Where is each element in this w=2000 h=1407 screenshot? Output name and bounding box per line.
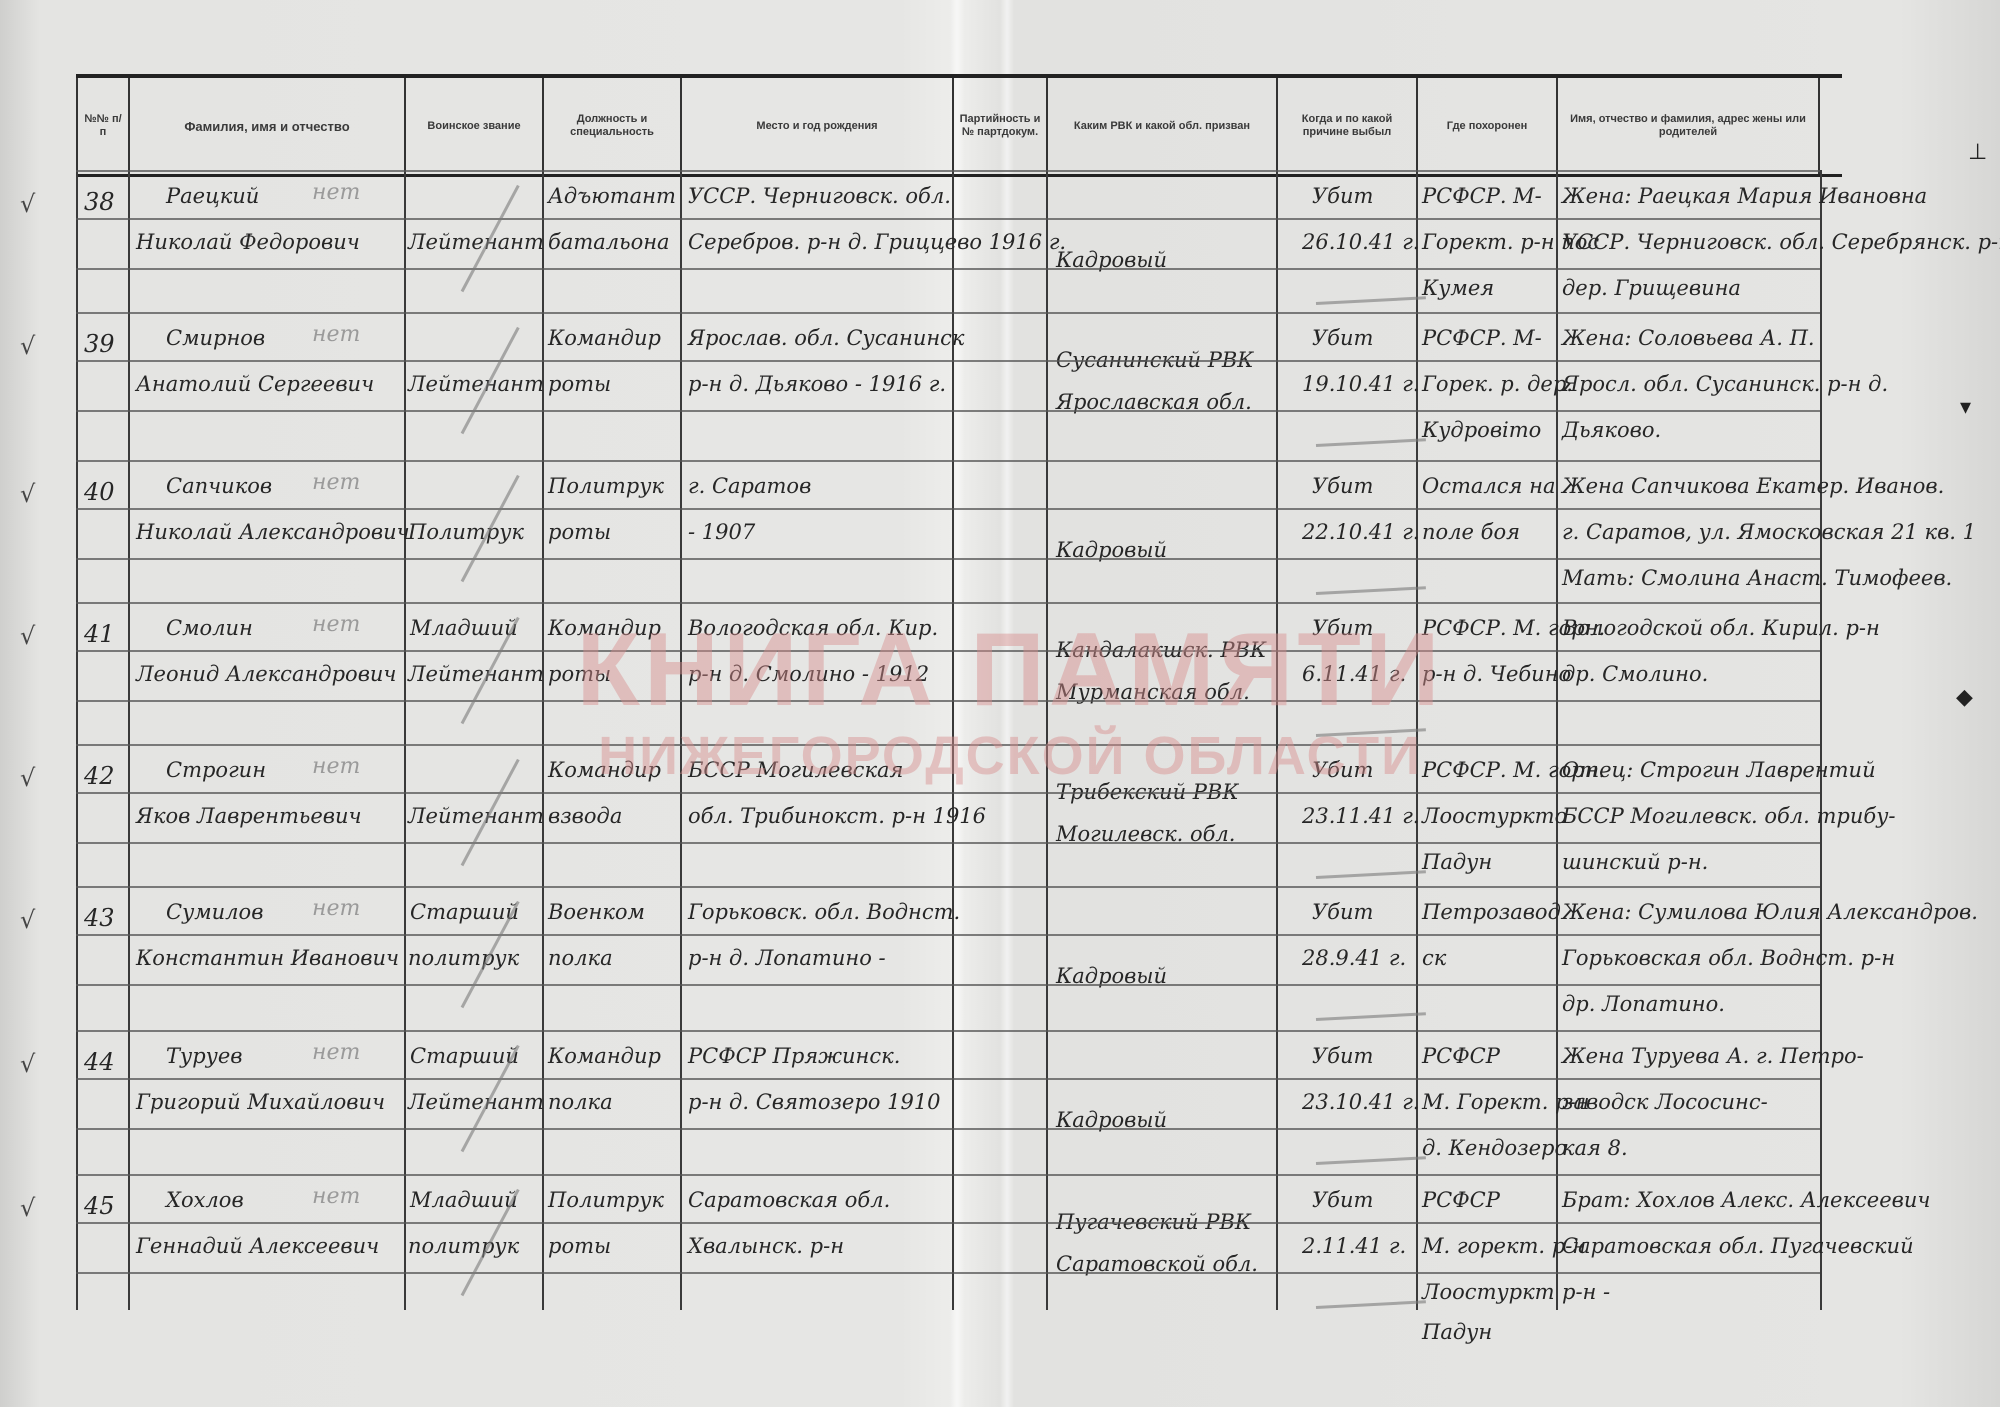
row-number: 42 <box>84 762 115 790</box>
birth-line1: УССР. Черниговск. обл. <box>688 184 951 208</box>
left-date: 23.11.41 г. <box>1302 804 1419 828</box>
position-line2: батальона <box>548 230 670 254</box>
birth-line1: РСФСР Пряжинск. <box>688 1044 900 1068</box>
relatives-line1: Вологодской обл. Кирил. р-н <box>1562 616 1880 640</box>
buried-line3: д. Кендозеро <box>1422 1136 1567 1160</box>
check-mark: √ <box>20 190 35 218</box>
ruled-line <box>76 1128 1820 1130</box>
buried-line3: Лоостуркт <box>1422 1280 1555 1304</box>
ruled-line <box>76 650 1820 652</box>
surname: Сумилов <box>166 900 263 924</box>
ruled-line <box>76 268 1820 270</box>
annotation-net: нет <box>312 180 360 205</box>
ruled-line <box>76 1222 1820 1224</box>
position-line2: роты <box>548 1234 611 1258</box>
buried-line2: ск <box>1422 946 1446 970</box>
relatives-line2: БССР Могилевск. обл. трибу- <box>1562 804 1896 828</box>
surname: Туруев <box>166 1044 242 1068</box>
annotation-net: нет <box>312 754 360 779</box>
position-line1: Командир <box>548 326 661 350</box>
left-date: 28.9.41 г. <box>1302 946 1406 970</box>
col-header-position: Должность и специальность <box>542 78 680 174</box>
relatives-line2: др. Смолино. <box>1562 662 1708 686</box>
ruled-line <box>76 460 1820 462</box>
birth-line1: г. Саратов <box>688 474 811 498</box>
buried-line2: поле боя <box>1422 520 1520 544</box>
annotation-net: нет <box>312 1040 360 1065</box>
annotation-net: нет <box>312 1184 360 1209</box>
birth-line2: р-н д. Смолино - 1912 <box>688 662 929 686</box>
left-date: 22.10.41 г. <box>1302 520 1419 544</box>
pencil-swoosh <box>1316 296 1426 305</box>
given-names: Яков Лаврентьевич <box>136 804 362 828</box>
ruled-line <box>76 984 1820 986</box>
relatives-line1: Брат: Хохлов Алекс. Алексеевич <box>1562 1188 1930 1212</box>
document-page: №№ п/п Фамилия, имя и отчество Воинское … <box>0 0 2000 1407</box>
pencil-swoosh <box>1316 1300 1426 1309</box>
ruled-line <box>76 508 1820 510</box>
birth-line1: Горьковск. обл. Воднст. <box>688 900 960 924</box>
ruled-line <box>76 602 1820 604</box>
relatives-line2: Яросл. обл. Сусанинск. р-н д. <box>1562 372 1888 396</box>
pencil-swoosh <box>1316 1156 1426 1165</box>
ruled-line <box>76 558 1820 560</box>
rank-line2: Лейтенант <box>408 662 544 686</box>
col-header-relatives: Имя, отчество и фамилия, адрес жены или … <box>1556 78 1820 174</box>
check-mark: √ <box>20 1050 35 1078</box>
paper-tear-mark: ▾ <box>1960 395 1971 420</box>
pencil-swoosh <box>1316 438 1426 447</box>
surname: Раецкий <box>166 184 259 208</box>
buried-line3: Кумея <box>1422 276 1494 300</box>
rank-line2: Лейтенант <box>408 804 544 828</box>
left-reason: Убит <box>1312 758 1373 782</box>
buried-line1: РСФСР. М- <box>1422 326 1542 350</box>
ruled-line <box>76 218 1820 220</box>
rank-line2: политрук <box>408 946 519 970</box>
relatives-line2: г. Саратов, ул. Ямосковская 21 кв. 1 <box>1562 520 1976 544</box>
left-date: 23.10.41 г. <box>1302 1090 1419 1114</box>
position-line1: Адъютант <box>548 184 676 208</box>
rank-line1: Младший <box>410 616 518 640</box>
ruled-line <box>76 792 1820 794</box>
table-row: √ 38 Раецкий нет Николай Федорович Лейте… <box>76 170 1842 312</box>
table-header: №№ п/п Фамилия, имя и отчество Воинское … <box>76 74 1842 177</box>
buried-line1: Петрозавод <box>1422 900 1561 924</box>
birth-line1: Ярослав. обл. Сусанинск <box>688 326 964 350</box>
birth-line2: р-н д. Лопатино - <box>688 946 886 970</box>
relatives-line1: Жена: Сумилова Юлия Александров. <box>1562 900 1978 924</box>
rank-line2: Лейтенант <box>408 1090 544 1114</box>
buried-line2: Горек. р. дер. <box>1422 372 1573 396</box>
left-reason: Убит <box>1312 616 1373 640</box>
ruled-line <box>76 842 1820 844</box>
check-mark: √ <box>20 1194 35 1222</box>
ruled-line <box>76 1272 1820 1274</box>
rank-line2: политрук <box>408 1234 519 1258</box>
left-reason: Убит <box>1312 1188 1373 1212</box>
birth-line2: р-н д. Дьяково - 1916 г. <box>688 372 946 396</box>
surname: Строгин <box>166 758 266 782</box>
birth-line2: - 1907 <box>688 520 755 544</box>
buried-line2: Лоостуркто <box>1422 804 1567 828</box>
buried-line3: Падун <box>1422 850 1492 874</box>
rank-line1: Старший <box>410 900 519 924</box>
relatives-line3: Дьяково. <box>1562 418 1661 442</box>
relatives-line1: Жена Сапчикова Екатер. Иванов. <box>1562 474 1944 498</box>
left-reason: Убит <box>1312 900 1373 924</box>
birth-line2: Хвалынск. р-н <box>688 1234 844 1258</box>
relatives-line3: дер. Грищевина <box>1562 276 1741 300</box>
buried-line3: Кудровіто <box>1422 418 1541 442</box>
check-mark: √ <box>20 622 35 650</box>
annotation-net: нет <box>312 612 360 637</box>
surname: Смолин <box>166 616 253 640</box>
col-header-party: Партийность и № партдокум. <box>952 78 1046 174</box>
left-date: 2.11.41 г. <box>1302 1234 1406 1258</box>
relatives-line3: др. Лопатино. <box>1562 992 1725 1016</box>
given-names: Анатолий Сергеевич <box>136 372 374 396</box>
annotation-net: нет <box>312 322 360 347</box>
check-mark: √ <box>20 480 35 508</box>
row-number: 43 <box>84 904 115 932</box>
surname: Хохлов <box>166 1188 244 1212</box>
position-line2: взвода <box>548 804 622 828</box>
birth-line1: Вологодская обл. Кир. <box>688 616 938 640</box>
rank-line2: Лейтенант <box>408 372 544 396</box>
relatives-line3: Мать: Смолина Анаст. Тимофеев. <box>1562 566 1952 590</box>
buried-line4: Падун <box>1422 1320 1492 1344</box>
pencil-swoosh <box>1316 870 1426 879</box>
given-names: Николай Александрович <box>136 520 410 544</box>
relatives-line1: Жена: Соловьева А. П. <box>1562 326 1815 350</box>
ruled-line <box>76 1078 1820 1080</box>
relatives-line2: УССР. Черниговск. обл. Серебрянск. р-н <box>1562 230 2000 254</box>
left-reason: Убит <box>1312 326 1373 350</box>
col-header-rvk: Каким РВК и какой обл. призван <box>1046 78 1276 174</box>
table-row: √ 43 Сумилов нет Константин Иванович Ста… <box>76 886 1842 1030</box>
row-number: 45 <box>84 1192 115 1220</box>
position-line2: полка <box>548 946 613 970</box>
row-number: 40 <box>84 478 115 506</box>
ruled-line <box>76 934 1820 936</box>
position-line1: Политрук <box>548 1188 664 1212</box>
col-header-rank: Воинское звание <box>404 78 542 174</box>
position-line1: Командир <box>548 1044 661 1068</box>
paper-tear-mark: ⊥ <box>1968 140 1987 165</box>
position-line2: роты <box>548 520 611 544</box>
birth-line2: Серебров. р-н д. Гриццево 1916 г. <box>688 230 1066 254</box>
pencil-swoosh <box>1316 728 1426 737</box>
buried-line1: РСФСР <box>1422 1188 1500 1212</box>
position-line1: Военком <box>548 900 645 924</box>
annotation-net: нет <box>312 470 360 495</box>
ruled-line <box>76 410 1820 412</box>
given-names: Григорий Михайлович <box>136 1090 385 1114</box>
check-mark: √ <box>20 764 35 792</box>
col-header-birth: Место и год рождения <box>680 78 952 174</box>
left-date: 6.11.41 г. <box>1302 662 1406 686</box>
left-reason: Убит <box>1312 474 1373 498</box>
ruled-line <box>76 360 1820 362</box>
annotation-net: нет <box>312 896 360 921</box>
relatives-line1: Отец: Строгин Лаврентий <box>1562 758 1876 782</box>
position-line1: Политрук <box>548 474 664 498</box>
table-row: √ 39 Смирнов нет Анатолий Сергеевич Лейт… <box>76 312 1842 460</box>
pencil-swoosh <box>1316 586 1426 595</box>
ruled-line <box>76 1030 1820 1032</box>
ruled-line <box>76 700 1820 702</box>
relatives-line2: Саратовская обл. Пугачевский <box>1562 1234 1914 1258</box>
table-row: √ 41 Смолин нет Леонид Александрович Мла… <box>76 602 1842 744</box>
table-row: √ 40 Сапчиков нет Николай Александрович … <box>76 460 1842 602</box>
birth-line1: Саратовская обл. <box>688 1188 890 1212</box>
row-number: 41 <box>84 620 115 648</box>
paper-tear-mark: ◆ <box>1956 685 1973 710</box>
buried-line1: РСФСР <box>1422 1044 1500 1068</box>
surname: Смирнов <box>166 326 265 350</box>
rank-line2: Лейтенант <box>408 230 544 254</box>
given-names: Николай Федорович <box>136 230 360 254</box>
row-number: 44 <box>84 1048 115 1076</box>
relatives-line3: р-н - <box>1562 1280 1610 1304</box>
relatives-line1: Жена Туруева А. г. Петро- <box>1562 1044 1864 1068</box>
ruled-line <box>76 744 1820 746</box>
position-line1: Командир <box>548 758 661 782</box>
ruled-line <box>76 312 1820 314</box>
buried-line1: Остался на <box>1422 474 1555 498</box>
birth-line2: р-н д. Святозеро 1910 <box>688 1090 941 1114</box>
row-number: 38 <box>84 188 115 216</box>
position-line2: роты <box>548 372 611 396</box>
col-header-buried: Где похоронен <box>1416 78 1556 174</box>
birth-line1: БССР Могилевская <box>688 758 903 782</box>
left-reason: Убит <box>1312 1044 1373 1068</box>
surname: Сапчиков <box>166 474 272 498</box>
left-date: 19.10.41 г. <box>1302 372 1419 396</box>
position-line2: роты <box>548 662 611 686</box>
table-row: √ 44 Туруев нет Григорий Михайлович Стар… <box>76 1030 1842 1174</box>
rank-line2: Политрук <box>408 520 524 544</box>
col-header-name: Фамилия, имя и отчество <box>128 78 404 174</box>
position-line1: Командир <box>548 616 661 640</box>
rank-line1: Старший <box>410 1044 519 1068</box>
ruled-line <box>76 1174 1820 1176</box>
left-date: 26.10.41 г. <box>1302 230 1419 254</box>
relatives-line1: Жена: Раецкая Мария Ивановна <box>1562 184 1927 208</box>
buried-line2: р-н д. Чебино <box>1422 662 1571 686</box>
col-header-number: №№ п/п <box>76 78 128 174</box>
relatives-line3: кая 8. <box>1562 1136 1628 1160</box>
given-names: Леонид Александрович <box>136 662 397 686</box>
given-names: Константин Иванович <box>136 946 399 970</box>
relatives-line2: заводск Лососинс- <box>1562 1090 1768 1114</box>
position-line2: полка <box>548 1090 613 1114</box>
buried-line1: РСФСР. М- <box>1422 184 1542 208</box>
relatives-line3: шинский р-н. <box>1562 850 1708 874</box>
ruled-line <box>76 886 1820 888</box>
check-mark: √ <box>20 906 35 934</box>
table-row: √ 45 Хохлов нет Геннадий Алексеевич Млад… <box>76 1174 1842 1324</box>
ruled-line <box>76 170 1820 172</box>
given-names: Геннадий Алексеевич <box>136 1234 379 1258</box>
left-reason: Убит <box>1312 184 1373 208</box>
check-mark: √ <box>20 332 35 360</box>
table-row: √ 42 Строгин нет Яков Лаврентьевич Лейте… <box>76 744 1842 886</box>
rank-line1: Младший <box>410 1188 518 1212</box>
col-header-left: Когда и по какой причине выбыл <box>1276 78 1416 174</box>
pencil-swoosh <box>1316 1012 1426 1021</box>
birth-line2: обл. Трибинокст. р-н 1916 <box>688 804 986 828</box>
row-number: 39 <box>84 330 115 358</box>
relatives-line2: Горьковская обл. Воднст. р-н <box>1562 946 1895 970</box>
